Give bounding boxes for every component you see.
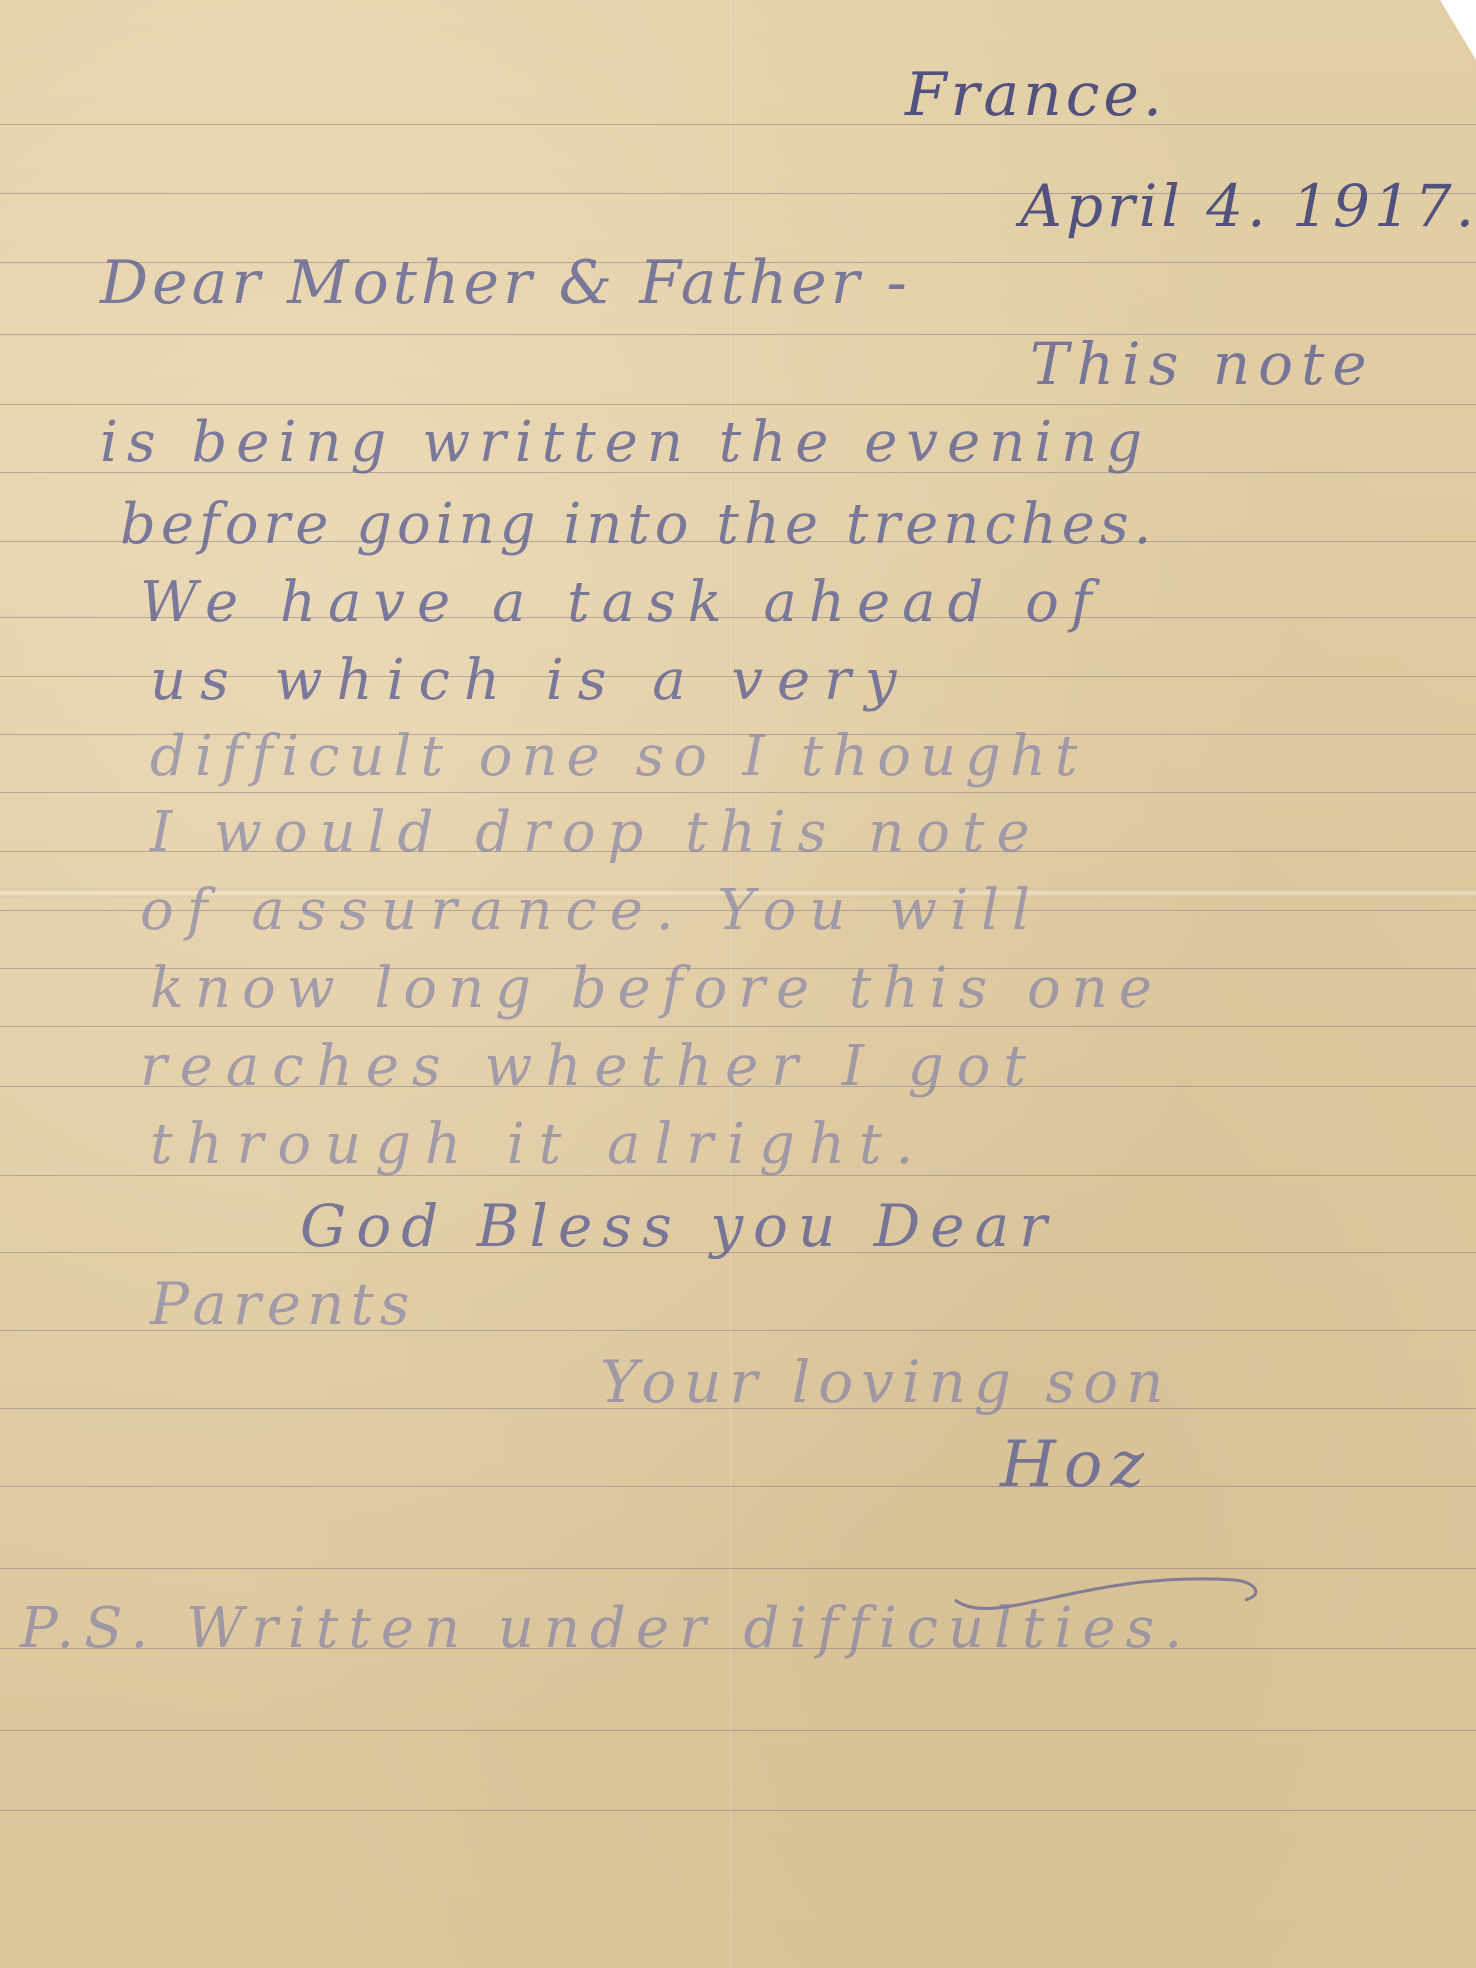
body-line: through it alright. [150, 1112, 927, 1177]
ruled-line [0, 124, 1476, 125]
body-line: of assurance. You will [140, 878, 1043, 943]
letter-date: April 4. 1917. [1020, 172, 1476, 240]
postscript: P.S. Written under difficulties. [20, 1596, 1192, 1661]
body-line: know long before this one [150, 956, 1163, 1021]
ruled-line [0, 1026, 1476, 1027]
body-line: is being written the evening [100, 410, 1151, 475]
closing: Your loving son [600, 1348, 1171, 1416]
blessing-line: Parents [150, 1270, 415, 1338]
body-line: before going into the trenches. [120, 492, 1156, 557]
ruled-line [0, 404, 1476, 405]
letter-place: France. [905, 60, 1166, 130]
letter-sheet: France. April 4. 1917. Dear Mother & Fat… [0, 0, 1476, 1968]
body-line: We have a task ahead of [140, 570, 1104, 635]
ruled-line [0, 1486, 1476, 1487]
body-line: I would drop this note [150, 800, 1042, 865]
blessing-line: God Bless you Dear [300, 1192, 1057, 1260]
ruled-line [0, 792, 1476, 793]
body-line: difficult one so I thought [150, 724, 1086, 789]
salutation: Dear Mother & Father - [100, 248, 911, 318]
ruled-line [0, 1730, 1476, 1731]
body-line: This note [1030, 330, 1375, 398]
body-line: us which is a very [150, 648, 911, 713]
body-line: reaches whether I got [140, 1034, 1039, 1099]
signature: Hoz [1000, 1428, 1152, 1502]
ruled-line [0, 1810, 1476, 1811]
